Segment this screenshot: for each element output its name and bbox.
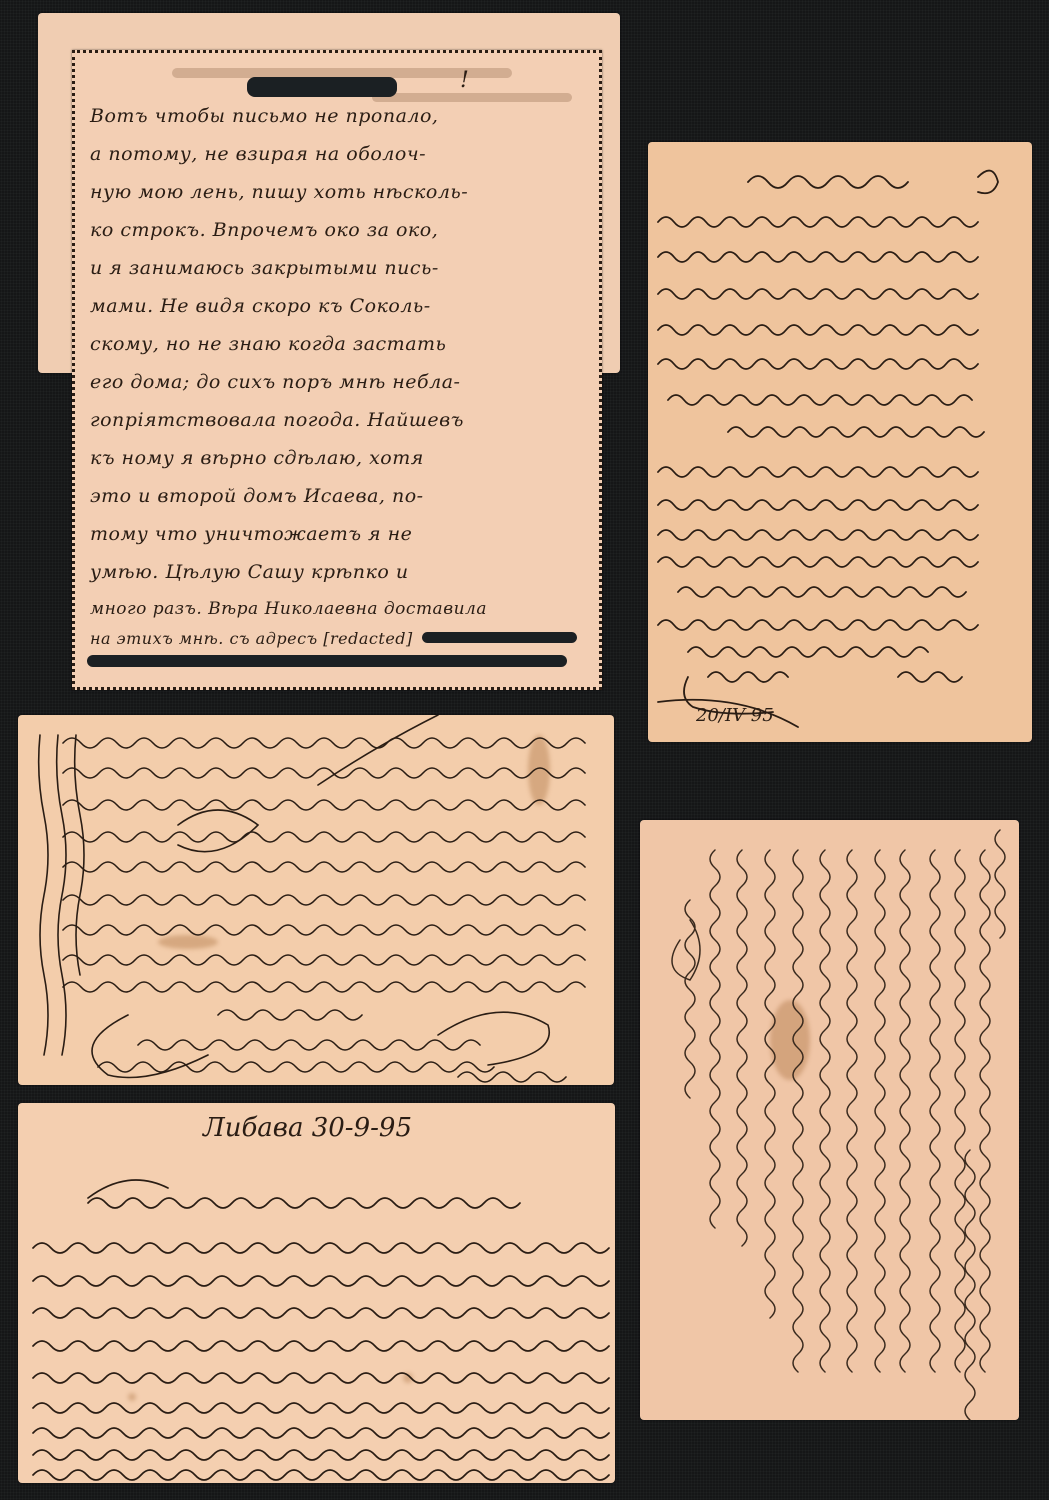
letter-line: ко строкъ. Впрочемъ око за око, <box>90 219 592 241</box>
letter-line: его дома; до сихъ поръ мнѣ небла- <box>90 371 592 393</box>
letter-line: это и второй домъ Исаева, по- <box>90 485 592 507</box>
redacted-signature <box>87 655 567 667</box>
postcard-hebrew-script-2 <box>18 715 614 1085</box>
letter-card-russian: ! Вотъ чтобы письмо не пропало, а потому… <box>72 50 602 690</box>
letter-line: гопріятствовала погода. Найшевъ <box>90 409 592 431</box>
letter-line: тому что уничтожаетъ я не <box>90 523 592 545</box>
letter-body: Вотъ чтобы письмо не пропало, а потому, … <box>90 105 592 690</box>
letter-line: умѣю. Цѣлую Сашу крѣпко и <box>90 561 592 583</box>
postcard-hebrew-script-1: 20/IV 95 <box>648 142 1032 742</box>
ink-smear <box>372 93 572 102</box>
redacted-address <box>422 632 577 643</box>
handwriting-strokes <box>18 715 614 1085</box>
postcard-date: 20/IV 95 <box>696 705 774 726</box>
letter-line: Вотъ чтобы письмо не пропало, <box>90 105 592 127</box>
letter-line: а потому, не взирая на оболоч- <box>90 143 592 165</box>
redacted-salutation <box>247 77 397 97</box>
handwriting-strokes <box>648 142 1032 742</box>
letter-line: ную мою лень, пишу хоть нѣсколь- <box>90 181 592 203</box>
postcard-hebrew-script-3: Либава 30-9-95 <box>18 1103 615 1483</box>
salutation-mark: ! <box>460 68 469 93</box>
letter-line: и я занимаюсь закрытыми пись- <box>90 257 592 279</box>
letter-line: къ ному я вѣрно сдѣлаю, хотя <box>90 447 592 469</box>
letter-line: много разъ. Вѣра Николаевна доставила <box>90 599 592 619</box>
letter-line: мами. Не видя скоро къ Соколь- <box>90 295 592 317</box>
handwriting-strokes <box>640 820 1019 1420</box>
handwriting-strokes <box>18 1103 615 1483</box>
letter-line: скому, но не знаю когда застать <box>90 333 592 355</box>
postcard-rotated <box>640 820 1019 1420</box>
